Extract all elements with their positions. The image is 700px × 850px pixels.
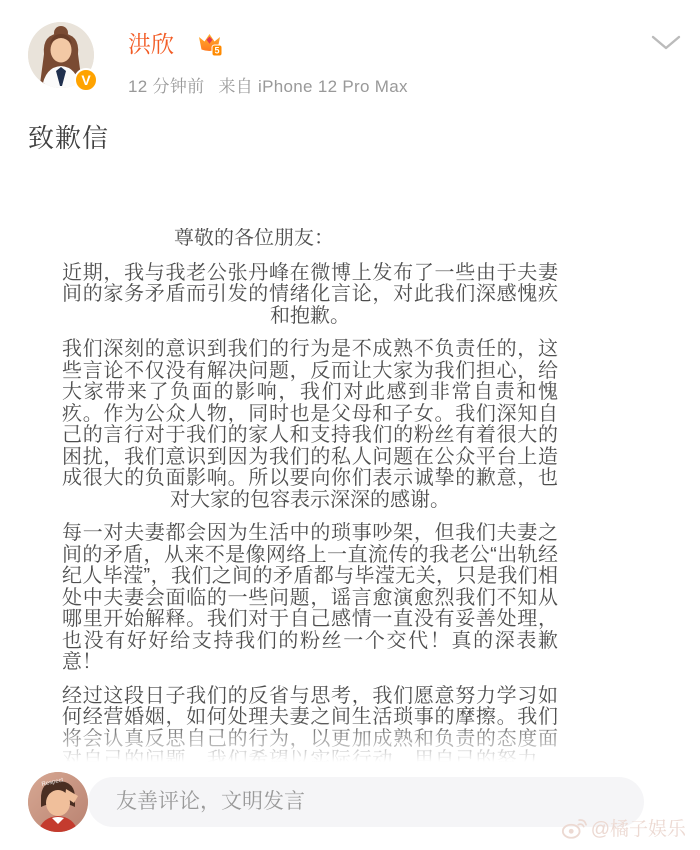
letter-image[interactable]: 尊敬的各位朋友： 近期，我与我老公张丹峰在微博上发布了一些由于夫妻间的家务矛盾而… — [62, 228, 558, 773]
letter-paragraph-1: 近期，我与我老公张丹峰在微博上发布了一些由于夫妻间的家务矛盾而引发的情绪化言论，… — [62, 263, 558, 328]
vip-level: 5 — [214, 46, 219, 56]
source-device: 来自 iPhone 12 Pro Max — [218, 77, 407, 96]
post-meta: 12 分钟前来自 iPhone 12 Pro Max — [128, 72, 408, 97]
child-avatar-illustration: Respect — [28, 772, 88, 832]
commenter-avatar: Respect — [28, 772, 88, 832]
letter-salutation: 尊敬的各位朋友： — [62, 228, 558, 250]
post-title: 致歉信 — [28, 118, 109, 155]
letter-paragraph-2: 我们深刻的意识到我们的行为是不成熟不负责任的，这些言论不仅没有解决问题，反而让大… — [62, 339, 558, 511]
bottom-fade-overlay — [0, 720, 700, 762]
user-avatar[interactable]: V — [28, 22, 94, 88]
comment-bar: Respect @橘子娱乐 — [0, 762, 700, 850]
vip-crown-icon[interactable]: 5 — [196, 30, 223, 57]
timestamp: 12 分钟前 — [128, 77, 204, 96]
letter-paragraph-3: 每一对夫妻都会因为生活中的琐事吵架，但我们夫妻之间的矛盾，从来不是像网络上一直流… — [62, 523, 558, 674]
chevron-down-icon[interactable] — [650, 34, 682, 52]
watermark: @橘子娱乐 — [561, 814, 686, 841]
verified-letter: V — [81, 72, 90, 88]
weibo-post-screen: V 洪欣 5 12 分钟前来自 iPhone 12 Pro Max 致歉信 尊敬… — [0, 0, 700, 850]
watermark-text: @橘子娱乐 — [591, 814, 686, 841]
weibo-logo-icon — [561, 816, 587, 840]
username[interactable]: 洪欣 — [128, 30, 174, 58]
verified-badge-icon: V — [74, 68, 98, 92]
